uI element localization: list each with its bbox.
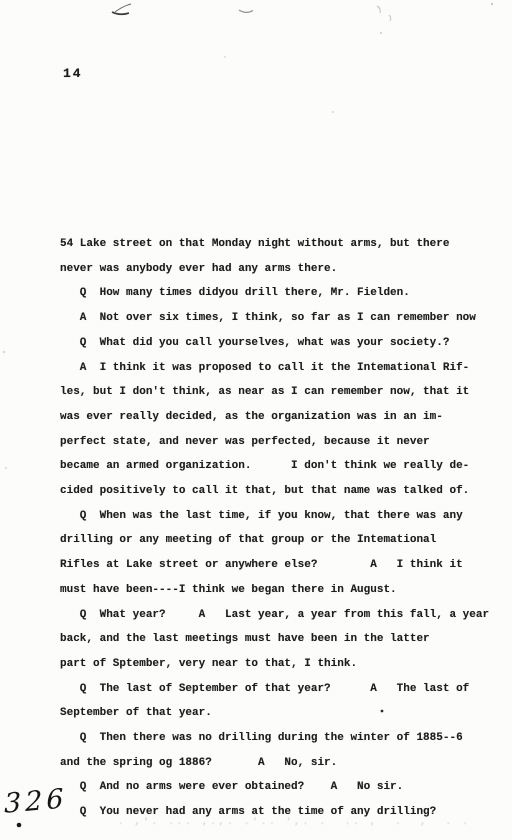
transcript-line: never was anybody ever had any arms ther…	[60, 257, 512, 282]
handwritten-page-mark: 326	[4, 783, 68, 820]
transcript-line: drilling or any meeting of that group or…	[60, 528, 512, 553]
transcript-body: 54 Lake street on that Monday night with…	[60, 232, 512, 825]
transcript-line: became an armed organization. I don't th…	[60, 454, 512, 479]
transcript-line: Rifles at Lake street or anywhere else? …	[60, 553, 512, 578]
transcript-line: A I think it was proposed to call it the…	[60, 356, 512, 381]
ink-speck	[224, 56, 226, 58]
transcript-line: Q And no arms were ever obtained? A No s…	[60, 775, 512, 800]
transcript-line: was ever really decided, as the organiza…	[60, 405, 512, 430]
ink-speck	[332, 111, 334, 113]
transcript-line: back, and the last meetings must have be…	[60, 627, 512, 652]
ink-speck	[3, 351, 6, 354]
ink-smudge	[115, 4, 131, 12]
transcript-line: September of that year.	[60, 701, 512, 726]
transcript-line: Q What did you call yourselves, what was…	[60, 331, 512, 356]
scanned-transcript-page: 14 54 Lake street on that Monday night w…	[0, 0, 512, 840]
ink-smudge	[389, 15, 391, 21]
ink-smudge	[112, 12, 129, 14]
ink-speck	[491, 3, 493, 5]
transcript-line: Q Then there was no drilling during the …	[60, 726, 512, 751]
transcript-line: Q How many times didyou drill there, Mr.…	[60, 281, 512, 306]
transcript-line: Q When was the last time, if you know, t…	[60, 504, 512, 529]
transcript-line: perfect state, and never was perfected, …	[60, 430, 512, 455]
transcript-line: must have been----I think we began there…	[60, 578, 512, 603]
transcript-line: Q What year? A Last year, a year from th…	[60, 603, 512, 628]
transcript-line: part of Sptember, very near to that, I t…	[60, 652, 512, 677]
page-number: 14	[63, 66, 83, 81]
transcript-line: Q The last of September of that year? A …	[60, 677, 512, 702]
ink-smudge	[377, 6, 380, 13]
faint-bleedthrough-text: . ,'. ... ,.,. .'.. ',. . .. , . , . .	[118, 817, 448, 827]
transcript-line: 54 Lake street on that Monday night with…	[60, 232, 512, 257]
transcript-line: A Not over six times, I think, so far as…	[60, 306, 512, 331]
handwritten-dot	[17, 823, 22, 828]
transcript-line: cided positively to call it that, but th…	[60, 479, 512, 504]
ink-speck	[380, 32, 382, 34]
transcript-line: les, but I don't think, as near as I can…	[60, 380, 512, 405]
ink-speck	[5, 467, 7, 469]
transcript-line: and the spring og 1886? A No, sir.	[60, 751, 512, 776]
ink-smudge	[239, 10, 253, 12]
